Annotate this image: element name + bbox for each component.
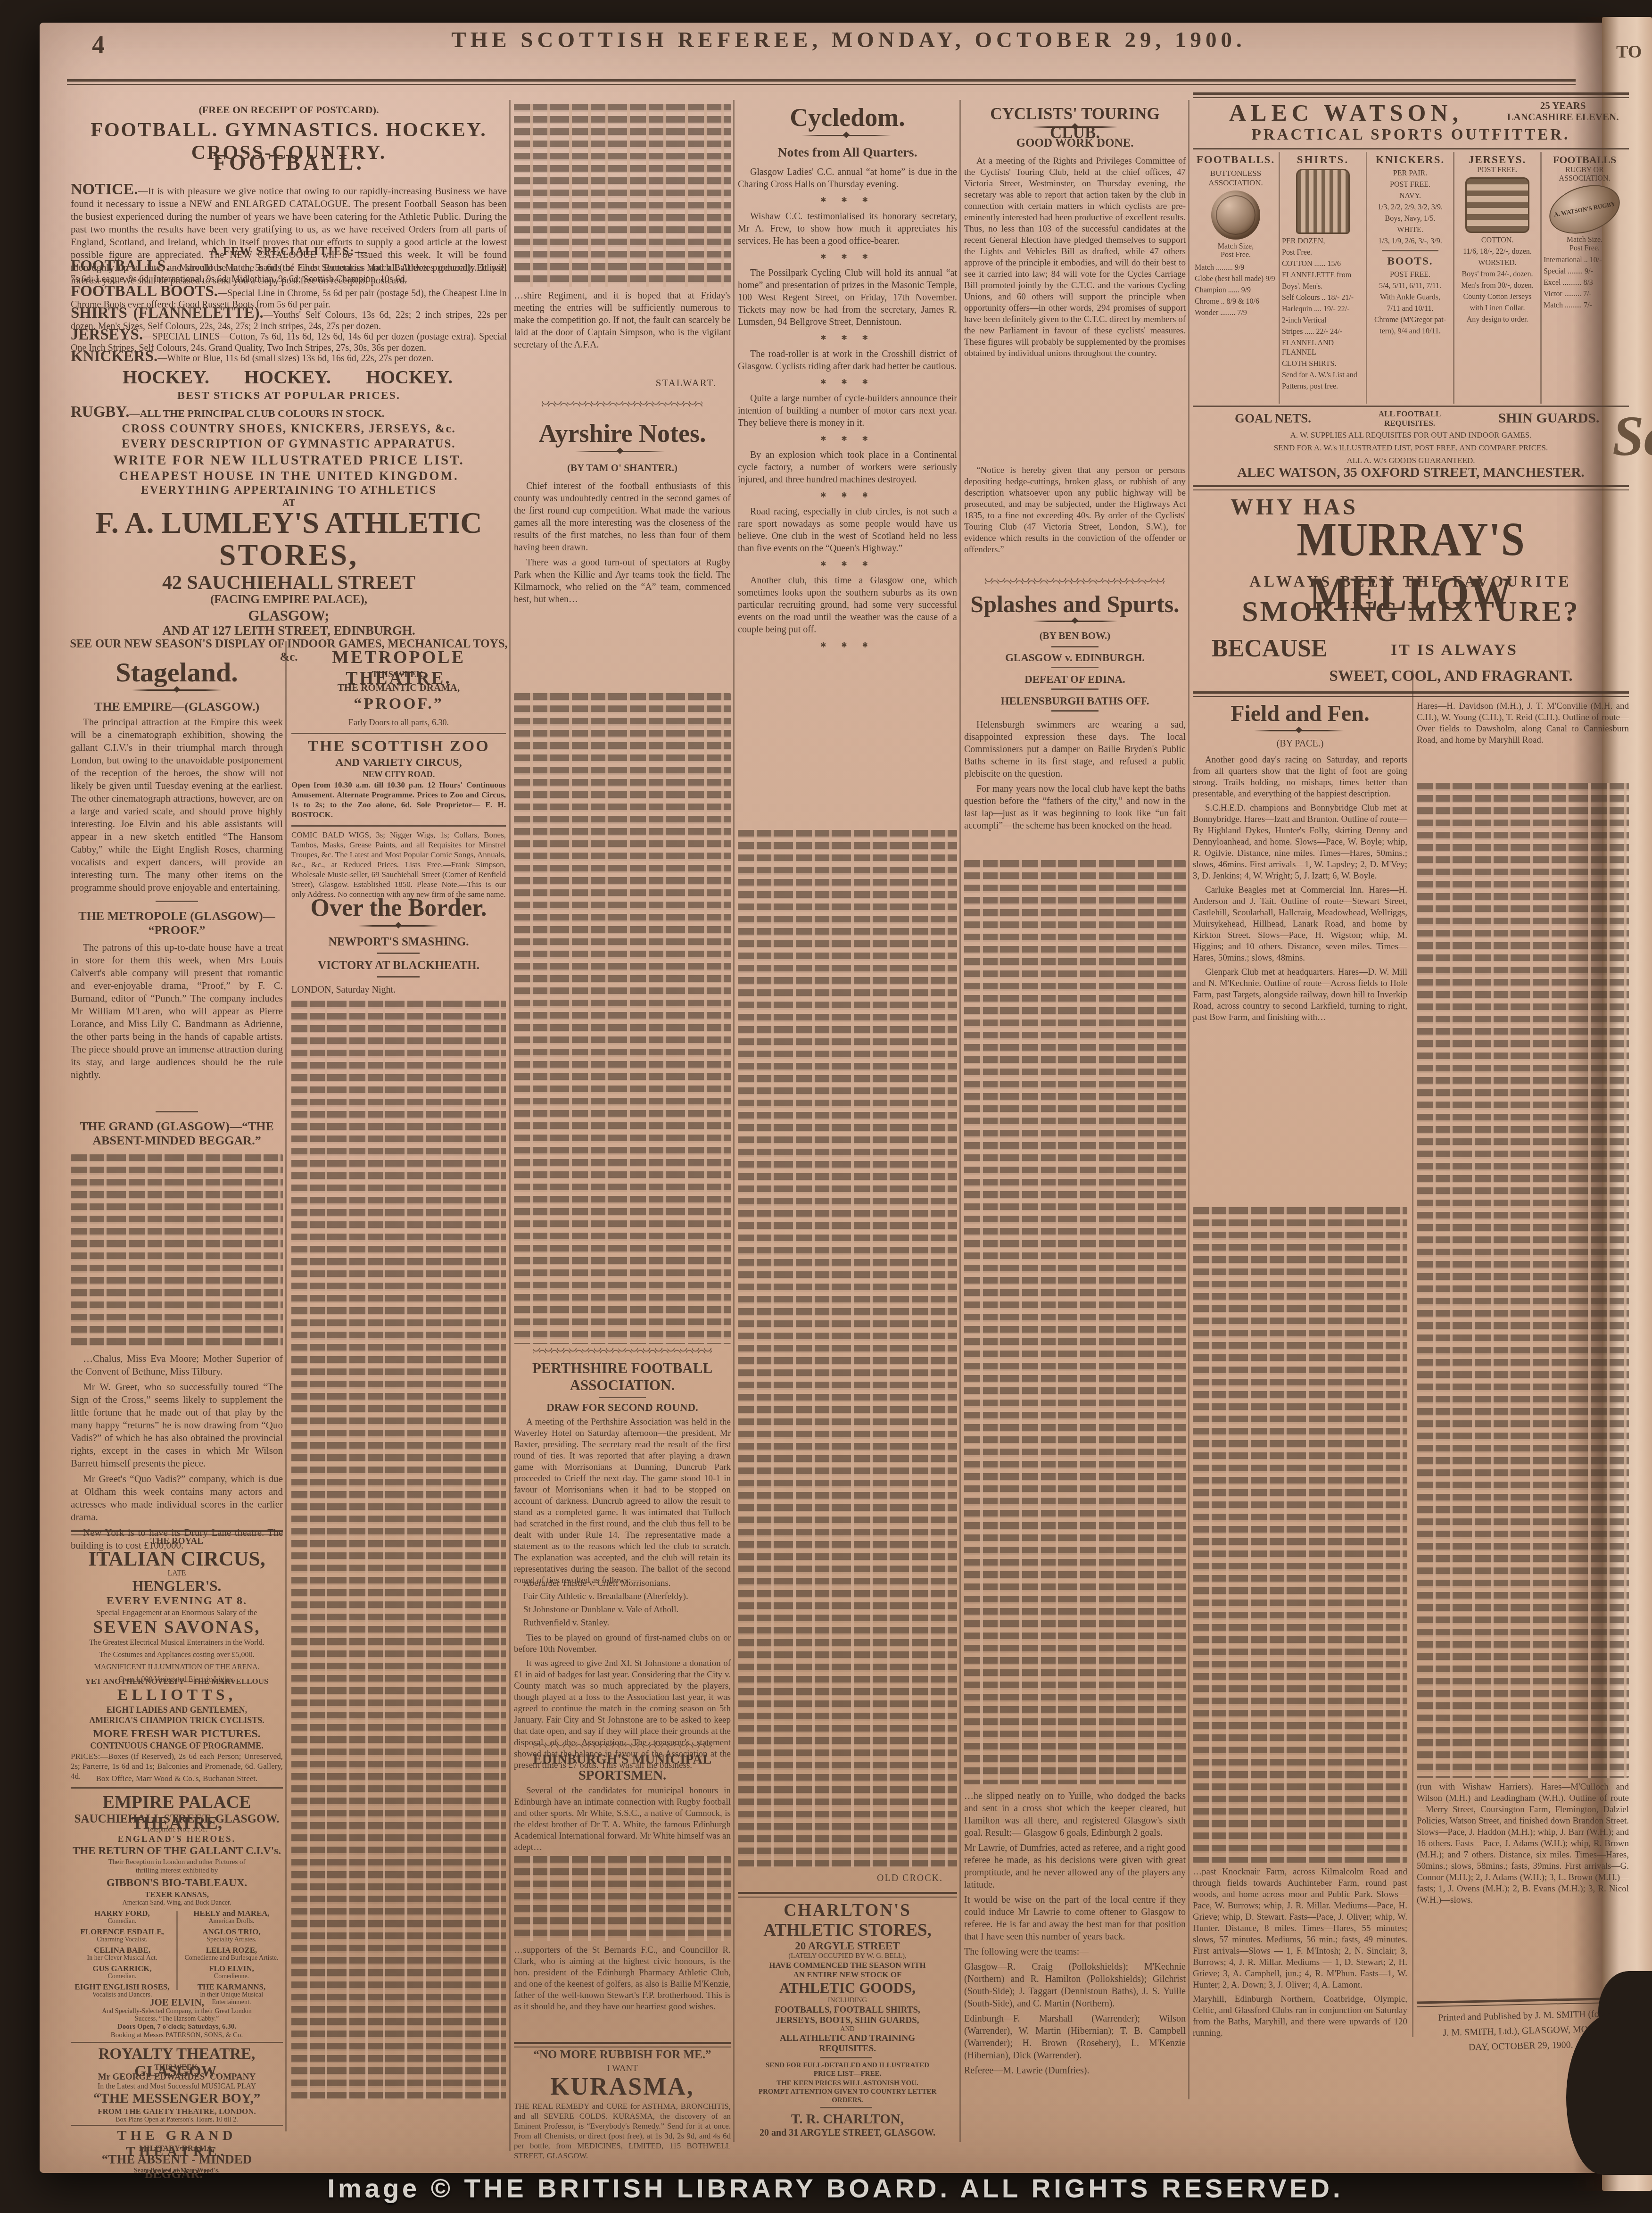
watson-years2: LANCASHIRE ELEVEN. [1499, 111, 1627, 123]
watson-years: 25 YEARS [1499, 100, 1627, 112]
fieldfen-title: Field and Fen. [1193, 701, 1407, 727]
lumley-specialty-knickers: KNICKERS.—White or Blue, 11s 6d (small s… [71, 351, 507, 364]
squiggle-rule [985, 578, 1165, 584]
watson-goal-nets: GOAL NETS. [1207, 411, 1339, 426]
cycledom-items: Glasgow Ladies' C.C. annual “at home” is… [738, 166, 957, 655]
watson-price-rows: PER DOZEN,Post Free.COTTON ...... 15/6FL… [1282, 237, 1364, 391]
empire-street: SAUCHIEHALL STREET, GLASGOW. [71, 1813, 283, 1826]
ad-column-rule [1453, 152, 1454, 404]
charlton-addr: 20 ARGYLE STREET [738, 1940, 957, 1952]
ad-rule [291, 733, 506, 734]
specialty-label: JERSEYS. [71, 326, 143, 343]
watson-all-football-line: ALL FOOTBALL [1358, 409, 1462, 419]
zoo-body: Open from 10.30 a.m. till 10.30 p.m. 12 … [291, 780, 506, 820]
headline-rule [575, 451, 665, 452]
column-rule [1188, 100, 1189, 2099]
royalty-week: THIS WEEK. [71, 2064, 283, 2072]
royalty-company: Mr GEORGE EDWARDES' COMPANY [71, 2072, 283, 2082]
watson-price-rows: COTTON.11/6, 18/-, 22/-, dozen.WORSTED.B… [1456, 236, 1538, 324]
watson-shin-guards: SHIN GUARDS. [1471, 410, 1627, 426]
circus-box-office: Box Office, Marr Wood & Co.'s, Buchanan … [71, 1774, 283, 1783]
empire-texer: TEXER KANSAS, [71, 1890, 283, 1899]
watson-address: ALEC WATSON, 35 OXFORD STREET, MANCHESTE… [1193, 465, 1629, 481]
circus-evening: EVERY EVENING AT 8. [71, 1595, 283, 1608]
headline-rule [132, 689, 222, 691]
empire-reception-line: Their Reception in London and other Pict… [71, 1858, 283, 1866]
section-rule [1051, 710, 1099, 712]
article-signature: STALWART. [514, 377, 717, 389]
circus-special: Special Engagement at an Enormous Salary… [71, 1608, 283, 1617]
empire-reception: Their Reception in London and other Pict… [71, 1858, 283, 1875]
fieldfen-tail-right: (run with Wishaw Harriers). Hares—M'Cull… [1417, 1782, 1629, 1909]
circus-late: LATE [71, 1569, 283, 1578]
grand-play-line: “THE ABSENT - MINDED [102, 2152, 252, 2166]
watson-col-jerseys: JERSEYS. POST FREE. COTTON.11/6, 18/-, 2… [1456, 154, 1538, 326]
over-border-body-texture [291, 1001, 506, 2099]
watson-col-sub: BUTTONLESS [1195, 169, 1277, 178]
column-rule [509, 100, 511, 2151]
perthshire-body: A meeting of the Perthshire Association … [514, 1417, 731, 1589]
watson-col-footballs: FOOTBALLS. BUTTONLESS ASSOCIATION. Match… [1195, 154, 1277, 320]
column-rule [285, 641, 287, 2131]
empire-joe-line: Success, “The Hansom Cabby.” [71, 2015, 283, 2023]
circus-ladies: EIGHT LADIES AND GENTLEMEN, [71, 1705, 283, 1715]
circus-savonas: SEVEN SAVONAS, [71, 1617, 283, 1638]
watson-practical: PRACTICAL SPORTS OUTFITTER. [1193, 126, 1629, 144]
article-signature: OLD CROCK. [738, 1873, 943, 1884]
ayrshire-body: Chief interest of the football enthusias… [514, 480, 731, 608]
specialty-text: —White or Blue, 11s 6d (small sizes) 13s… [157, 353, 433, 364]
ctc-notice: “Notice is hereby given that any person … [964, 465, 1186, 558]
headline-rule [358, 925, 438, 927]
empire-heroes: ENGLAND'S HEROES. [71, 1834, 283, 1845]
charlton-addr2: 20 and 31 ARGYLE STREET, GLASGOW. [738, 2128, 957, 2138]
watson-size: Match Size. [1544, 236, 1626, 244]
watson-post: Post Free. [1195, 251, 1277, 259]
rugby-article-texture [514, 104, 731, 287]
empire-gibbons: GIBBON'S BIO-TABLEAUX. [71, 1877, 283, 1889]
municipal-title: EDINBURGH'S MUNICIPAL SPORTSMEN. [514, 1751, 731, 1783]
watson-col-sub: RUGBY OR [1544, 166, 1626, 174]
specialty-label: KNICKERS. [71, 348, 157, 365]
empire-sand: American Sand, Wing, and Buck Dancer. [71, 1899, 283, 1907]
acts-divider [176, 1911, 178, 1990]
over-border-sub2: VICTORY AT BLACKHEATH. [291, 959, 506, 972]
specialty-label: RUGBY. [71, 404, 129, 421]
ad-rule [1193, 406, 1629, 407]
lumley-free-line: (FREE ON RECEIPT OF POSTCARD). [71, 104, 507, 116]
fold-text-fragment: TO [1616, 41, 1642, 62]
royalty-box: Box Plans Open at Paterson's. Hours, 10 … [71, 2116, 283, 2124]
masthead-rule [67, 79, 1576, 85]
charlton-name: CHARLTON'S [738, 1900, 957, 1921]
section-rule [1051, 646, 1099, 647]
charlton-send: ORDERS. [738, 2097, 957, 2105]
masthead-title: THE SCOTTISH REFEREE, MONDAY, OCTOBER 29… [141, 27, 1556, 53]
squiggle-rule [533, 1742, 712, 1748]
municipal-texture [514, 1856, 731, 1941]
murrays-itis: IT IS ALWAYS [1391, 641, 1589, 659]
stageland-metropole-head: THE METROPOLE (GLASGOW)— [71, 909, 283, 923]
municipal-tail: …supporters of the St Bernards F.C., and… [514, 1945, 731, 2015]
lumley-line: EVERYTHING APPERTAINING TO ATHLETICS [71, 484, 507, 497]
watson-all-football: ALL FOOTBALL REQUISITES. [1358, 409, 1462, 428]
headline-rule [1032, 621, 1117, 622]
watson-price-rows: POST FREE.5/4, 5/11, 6/11, 7/11.With Ank… [1369, 270, 1451, 336]
watson-post: POST FREE. [1456, 166, 1538, 174]
column-rule [959, 100, 961, 2142]
kurasma-iwant: I WANT [514, 2064, 731, 2074]
charlton-and: AND [738, 2026, 957, 2033]
charlton-goods: ATHLETIC GOODS, [738, 1980, 957, 1997]
column-rule [733, 100, 735, 2142]
ad-rule [1193, 691, 1629, 697]
watson-price-rows: PER PAIR.POST FREE.NAVY.1/3, 2/2, 2/9, 3… [1369, 169, 1451, 246]
fieldfen-byline: (BY PACE.) [1193, 738, 1407, 749]
circus-yet: YET ANOTHER NOVELTY—THE MARVELLOUS [71, 1677, 283, 1686]
kurasma-name: KURASMA, [514, 2073, 731, 2101]
fieldfen-body-right: Hares—H. Davidson (M.H.), J. T. M'Convil… [1417, 701, 1629, 749]
watson-boots-head: BOOTS. [1369, 255, 1451, 267]
splashes-sub1: GLASGOW v. EDINBURGH. [964, 652, 1186, 664]
watson-col-head: SHIRTS. [1282, 154, 1364, 166]
headline-rule [801, 135, 891, 136]
kurasma-head: “NO MORE RUBBISH FOR ME.” [514, 2048, 731, 2062]
watson-col-knickers: KNICKERS. PER PAIR.POST FREE.NAVY.1/3, 2… [1369, 154, 1451, 338]
charlton-occupied: (LATELY OCCUPIED BY W. G. BELL), [738, 1952, 957, 1960]
specialty-label: SHIRTS (FLANNELETTE). [71, 305, 264, 322]
murrays-fav: ALWAYS BEEN THE FAVOURITE [1207, 573, 1615, 591]
lumley-specialty-footballs: FOOTBALLS.—Marvellous Match, 5s 6d (the … [71, 260, 507, 285]
ad-column-rule [1366, 152, 1367, 404]
column-rule [1412, 670, 1413, 2037]
zoo-road: NEW CITY ROAD. [291, 770, 506, 779]
ayrshire-title: Ayrshire Notes. [514, 419, 731, 448]
stageland-title: Stageland. [71, 656, 283, 688]
empire-reception-line: thrilling interest exhibited by [71, 1866, 283, 1875]
lumley-line: EVERY DESCRIPTION OF GYMNASTIC APPARATUS… [71, 438, 507, 451]
over-border-title: Over the Border. [291, 894, 506, 922]
charlton-owner: T. R. CHARLTON, [738, 2112, 957, 2127]
circus-elliotts: ELLIOTTS, [71, 1686, 283, 1704]
lumley-line: CROSS COUNTRY SHOES, KNICKERS, JERSEYS, … [71, 423, 507, 436]
fieldfen-tail-left: …past Knocknair Farm, across Kilmalcolm … [1193, 1866, 1407, 2042]
shirt-illustration [1296, 169, 1350, 234]
section-rule [156, 1111, 198, 1112]
murrays-because: BECAUSE [1212, 635, 1372, 663]
circus-henglers: HENGLER'S. [71, 1578, 283, 1595]
zoo-name: THE SCOTTISH ZOO [291, 738, 506, 755]
splashes-body: Helensburgh swimmers are wearing a sad, … [964, 719, 1186, 835]
cycledom-texture [738, 830, 957, 1867]
splashes-title: Splashes and Spurts. [964, 590, 1186, 618]
splashes-sub3: HELENSBURGH BATHS OFF. [964, 695, 1186, 707]
empire-joe-line: And Specially-Selected Company, in their… [71, 2008, 283, 2015]
perthshire-sub: DRAW FOR SECOND ROUND. [514, 1401, 731, 1414]
perthshire-title: PERTHSHIRE FOOTBALL ASSOCIATION. [514, 1360, 731, 1394]
fieldfen-texture-left [1193, 1207, 1407, 1863]
hockey-word: HOCKEY. [123, 366, 209, 388]
ad-rule [1193, 92, 1629, 98]
hockey-word: HOCKEY. [244, 366, 331, 388]
ctc-body: At a meeting of the Rights and Privilege… [964, 156, 1186, 362]
empire-phone: Telephone No., 3751. [71, 1826, 283, 1834]
watson-col-head: FOOTBALLS [1544, 154, 1626, 166]
over-border-sub1: NEWPORT'S SMASHING. [291, 936, 506, 949]
empire-acts-right: HEELY and MAREA,American Drolls.ANGLOS T… [180, 1909, 283, 2008]
section-rule [156, 901, 198, 902]
empire-doors: Doors Open, 7 o'clock; Saturdays, 6.30. [71, 2023, 283, 2031]
charlton-name2: ATHLETIC STORES, [738, 1920, 957, 1940]
ad-rule [514, 2042, 731, 2047]
ad-column-rule [1279, 152, 1280, 404]
ad-rule [71, 1787, 283, 1789]
watson-col-sub: ASSOCIATION. [1195, 178, 1277, 188]
section-rule [820, 2107, 872, 2108]
section-rule [377, 976, 420, 978]
ad-rule [738, 1892, 957, 1898]
ayrshire-body-texture [514, 693, 731, 1344]
rugby-article-tail: …shire Regiment, and it is hoped that at… [514, 290, 731, 354]
watson-col-rugby: FOOTBALLS RUGBY OR ASSOCIATION. A. WATSO… [1544, 154, 1626, 312]
watson-price-rows: Match ......... 9/9Globe (best ball made… [1195, 263, 1277, 318]
lumley-line: WRITE FOR NEW ILLUSTRATED PRICE LIST. [71, 453, 507, 468]
ayrshire-byline: (BY TAM O' SHANTER.) [514, 462, 731, 474]
stageland-metropole-head2: “PROOF.” [71, 923, 283, 937]
metropole-ad-week: THIS WEEK. [291, 670, 506, 680]
murrays-smoking: SMOKING MIXTURE? [1207, 595, 1615, 629]
empire-booking: Booking at Messrs PATERSON, SONS, & Co. [71, 2031, 283, 2039]
over-border-dateline: LONDON, Saturday Night. [291, 984, 506, 996]
hockey-word: HOCKEY. [366, 366, 453, 388]
splashes-texture [964, 860, 1186, 1784]
specialty-text: —ALL THE PRINCIPAL CLUB COLOURS IN STOCK… [129, 407, 384, 419]
lumley-store-name: STORES, [71, 538, 507, 572]
headline-rule [1032, 126, 1117, 128]
ad-rule [71, 2125, 283, 2126]
specialty-label: FOOTBALL BOOTS. [71, 283, 218, 300]
fieldfen-texture-right [1417, 783, 1629, 1778]
charlton-goods-line: FOOTBALLS, FOOTBALL SHIRTS, [738, 2005, 957, 2015]
wigs-body: COMIC BALD WIGS, 3s; Nigger Wigs, 1s; Co… [291, 830, 506, 899]
rugby-ball-text: A. WATSON'S RUGBY [1553, 201, 1616, 218]
library-watermark: Image © THE BRITISH LIBRARY BOARD. ALL R… [19, 2173, 1652, 2204]
section-rule [1051, 667, 1099, 668]
ad-rule [71, 1530, 283, 1535]
perthshire-ties: Aberarder Thistle v. Crieff Morrisonians… [523, 1578, 731, 1631]
stageland-tail: …Chalus, Miss Eva Moore; Mother Superior… [71, 1352, 283, 1555]
charlton-goods-line: JERSEYS, BOOTS, SHIN GUARDS, [738, 2015, 957, 2026]
ctc-sub: GOOD WORK DONE. [964, 137, 1186, 150]
squiggle-rule [542, 401, 702, 406]
watson-all-football-line: REQUISITES. [1358, 419, 1462, 428]
metropole-ad-play: “PROOF.” [291, 695, 506, 713]
lumley-address: (FACING EMPIRE PALACE), [71, 593, 507, 606]
ad-rule [1193, 485, 1629, 490]
watson-price-rows: International .. 10/-Special ........ 9/… [1544, 256, 1626, 310]
cycledom-title: Cycledom. [738, 103, 957, 132]
section-rule [377, 953, 420, 954]
squiggle-rule [533, 1348, 712, 1353]
charlton-send: THE KEEN PRICES WILL ASTONISH YOU. [738, 2080, 957, 2088]
stageland-grand-head: THE GRAND (GLASGOW)—“THE ABSENT-MINDED B… [71, 1119, 283, 1148]
lumley-football-big: FOOTBALL. [71, 150, 507, 175]
lumley-hockey-row: HOCKEY. HOCKEY. HOCKEY. [123, 366, 453, 388]
empire-return: THE RETURN OF THE GALLANT C.I.V's. [71, 1845, 283, 1857]
page-number: 4 [92, 30, 105, 59]
stageland-empire-body: The principal attraction at the Empire t… [71, 716, 283, 897]
lumley-address: AND AT 127 LEITH STREET, EDINBURGH. [71, 623, 507, 638]
section-rule [1382, 250, 1438, 251]
grand-military: MILITARY DRAMA, [71, 2144, 283, 2153]
watson-col-head: KNICKERS. [1369, 154, 1451, 166]
murrays-sweet: SWEET, COOL, AND FRAGRANT. [1273, 668, 1629, 685]
watson-col-shirts: SHIRTS. PER DOZEN,Post Free.COTTON .....… [1282, 154, 1364, 393]
jersey-illustration [1465, 177, 1529, 233]
watson-post: Post Free. [1544, 244, 1626, 253]
watson-size: Match Size, [1195, 242, 1277, 251]
watson-guarantee: A. W. SUPPLIES ALL REQUISITES FOR OUT AN… [1193, 430, 1629, 468]
cycledom-sub: Notes from All Quarters. [738, 145, 957, 160]
ad-column-rule [1540, 152, 1542, 404]
headline-rule [1254, 730, 1344, 731]
royalty-gaiety: FROM THE GAIETY THEATRE, LONDON. [71, 2107, 283, 2116]
kurasma-body: THE REAL REMEDY and CURE for ASTHMA, BRO… [514, 2101, 731, 2161]
watson-name: ALEC WATSON, [1193, 99, 1499, 126]
lumley-store-name: F. A. LUMLEY'S ATHLETIC [71, 506, 507, 540]
metropole-ad-drama: THE ROMANTIC DRAMA, [291, 682, 506, 694]
empire-acts-left: HARRY FORD,Comedian.FLORENCE ESDAILE,Cha… [71, 1909, 173, 2001]
lumley-notice-label: NOTICE. [71, 181, 138, 198]
section-rule [599, 1397, 646, 1398]
fieldfen-body-left: Another good day's racing on Saturday, a… [1193, 754, 1407, 1026]
circus-continuous: CONTINUOUS CHANGE OF PROGRAMME. [71, 1741, 283, 1751]
lumley-address: GLASGOW; [71, 607, 507, 624]
circus-royal: THE ROYAL [71, 1536, 283, 1547]
splashes-sub2: DEFEAT OF EDINA. [964, 673, 1186, 686]
lumley-best-sticks: BEST STICKS AT POPULAR PRICES. [71, 390, 507, 402]
charlton-including: INCLUDING [738, 1997, 957, 2005]
watson-col-head: JERSEYS. [1456, 154, 1538, 166]
empire-joe: JOE ELVIN, [71, 1997, 283, 2008]
section-rule [820, 2057, 872, 2058]
charlton-send: PRICE LIST—FREE. [738, 2070, 957, 2078]
stageland-grand-body-texture [71, 1154, 283, 1349]
splashes-byline: (BY BEN BOW.) [964, 630, 1186, 642]
charlton-goods-line: REQUISITES. [738, 2044, 957, 2054]
charlton-goods-line: ALL ATHLETIC AND TRAINING [738, 2033, 957, 2044]
circus-name: ITALIAN CIRCUS, [71, 1547, 283, 1571]
lumley-line: CHEAPEST HOUSE IN THE UNITED KINGDOM. [71, 469, 507, 483]
circus-war: MORE FRESH WAR PICTURES. [71, 1728, 283, 1741]
stageland-empire-head: THE EMPIRE—(GLASGOW.) [71, 700, 283, 714]
charlton-line: HAVE COMMENCED THE SEASON WITH [738, 1961, 957, 1970]
metropole-ad-early: Early Doors to all parts, 6.30. [291, 718, 506, 728]
charlton-send: SEND FOR FULL-DETAILED AND ILLUSTRATED [738, 2062, 957, 2070]
charlton-send: PROMPT ATTENTION GIVEN TO COUNTRY LETTER [738, 2088, 957, 2096]
lumley-address: 42 SAUCHIEHALL STREET [71, 572, 507, 594]
lumley-specialities-head: A FEW SPECIALITIES:— [71, 245, 507, 258]
ad-rule [291, 825, 506, 827]
charlton-line: AN ENTIRE NEW STOCK OF [738, 1970, 957, 1980]
rugby-ball-illustration: A. WATSON'S RUGBY [1543, 177, 1626, 242]
specialty-label: FOOTBALLS. [71, 257, 170, 274]
section-rule [1051, 688, 1099, 690]
royalty-latest: In the Latest and Most Successful MUSICA… [71, 2082, 283, 2091]
splashes-tail: …he slipped neatly on to Yuille, who dod… [964, 1790, 1186, 2080]
watson-col-sub: ASSOCIATION. [1544, 174, 1626, 183]
stageland-metropole-body: The patrons of this up-to-date house hav… [71, 941, 283, 1084]
ad-rule [1193, 148, 1629, 149]
royalty-play: “THE MESSENGER BOY,” [71, 2091, 283, 2106]
football-illustration [1211, 191, 1260, 240]
ad-rule [71, 2042, 283, 2043]
lumley-rugby-line: RUGBY.—ALL THE PRINCIPAL CLUB COLOURS IN… [71, 404, 507, 421]
circus-america: AMERICA'S CHAMPION TRICK CYCLISTS. [71, 1716, 283, 1725]
municipal-body: Several of the candidates for municipal … [514, 1785, 731, 1856]
watson-col-head: FOOTBALLS. [1195, 154, 1277, 166]
zoo-variety: AND VARIETY CIRCUS, [291, 756, 506, 769]
